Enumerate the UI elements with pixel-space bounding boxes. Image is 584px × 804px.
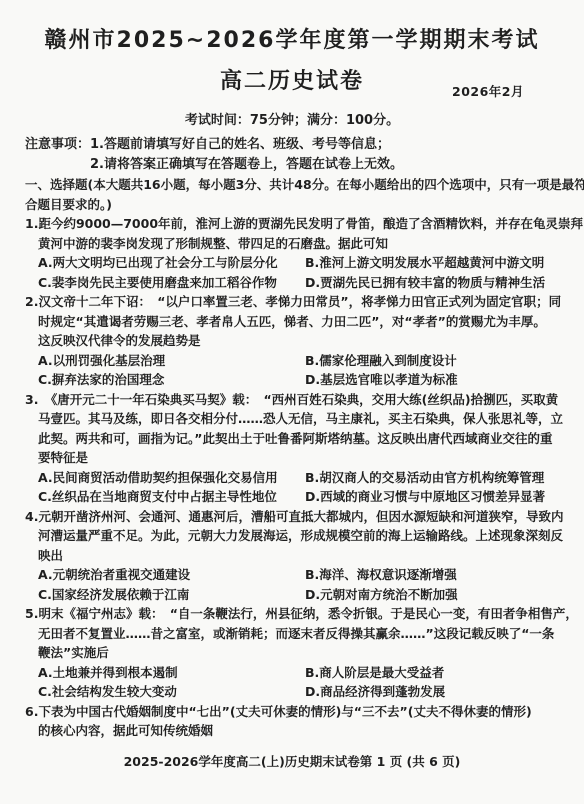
subtitle-row: 高二历史试卷 2026年2月 xyxy=(0,67,584,98)
question-5-line-3: 鞭法”实施后 xyxy=(38,643,576,663)
paper-subtitle: 高二历史试卷 xyxy=(220,67,364,97)
question-4-line-1: 4.元朝开凿济州河、会通河、通惠河后，漕船可直抵大都城内，但因水源短缺和河道狭窄… xyxy=(25,507,576,527)
exam-paper-page: 赣州市2025~2026学年度第一学期期末考试 高二历史试卷 2026年2月 考… xyxy=(0,0,584,804)
question-3-options-row: C.丝织品在当地商贸支付中占据主导性地位D.西域的商业习惯与中原地区习惯差异显著 xyxy=(25,487,576,507)
question-1-option-C: C.裴李岗先民主要使用磨盘来加工稻谷作物 xyxy=(38,275,277,290)
notice-line-1: 注意事项：1.答题前请填写好自己的姓名、班级、考号等信息； xyxy=(25,135,576,155)
question-4-options-row: C.国家经济发展依赖于江南D.元朝对南方统治不断加强 xyxy=(25,585,576,605)
section-heading-line-1: 一、选择题(本大题共16小题，每小题3分、共计48分。在每小题给出的四个选项中，… xyxy=(25,175,576,195)
question-2-option-C: C.摒弃法家的治国理念 xyxy=(38,372,164,387)
question-5-line-2: 无田者不复置业……昔之富室，或渐销耗；而逐末者反得操其赢余……”这段记载反映了“… xyxy=(38,624,576,644)
question-1-option-B: B.淮河上游文明发展水平超越黄河中游文明 xyxy=(305,253,544,273)
question-3-option-C: C.丝织品在当地商贸支付中占据主导性地位 xyxy=(38,489,277,504)
question-5-options-row: C.社会结构发生较大变动D.商品经济得到蓬勃发展 xyxy=(25,682,576,702)
question-4-line-3: 映出 xyxy=(38,546,576,566)
notice-line-2: 2.请将答案正确填写在答题卷上，答题在试卷上无效。 xyxy=(90,155,576,175)
question-2-line-1: 2.汉文帝十二年下诏： “以户口率置三老、孝悌力田常员”，将孝悌力田官正式列为固… xyxy=(25,292,576,312)
question-1-option-A: A.两大文明均已出现了社会分工与阶层分化 xyxy=(38,255,278,270)
question-4-line-2: 河漕运量严重不足。为此，元朝大力发展海运，形成规模空前的海上运输路线。上述现象深… xyxy=(38,526,576,546)
question-4-option-A: A.元朝统治者重视交通建设 xyxy=(38,567,190,582)
question-5-option-C: C.社会结构发生较大变动 xyxy=(38,684,177,699)
question-3-line-4: 要特征是 xyxy=(38,448,576,468)
question-3-option-A: A.民间商贸活动借助契约担保强化交易信用 xyxy=(38,470,278,485)
question-4-option-B: B.海洋、海权意识逐渐增强 xyxy=(305,565,457,585)
question-2-option-A: A.以刑罚强化基层治理 xyxy=(38,353,165,368)
question-3-options-row: A.民间商贸活动借助契约担保强化交易信用B.胡汉商人的交易活动由官方机构统筹管理 xyxy=(25,468,576,488)
question-3-option-D: D.西域的商业习惯与中原地区习惯差异显著 xyxy=(305,487,545,507)
question-1: 1.距今约9000—7000年前，淮河上游的贾湖先民发明了骨笛，酿造了含酒精饮料… xyxy=(25,214,576,292)
question-4-option-C: C.国家经济发展依赖于江南 xyxy=(38,587,189,602)
question-2: 2.汉文帝十二年下诏： “以户口率置三老、孝悌力田常员”，将孝悌力田官正式列为固… xyxy=(25,292,576,390)
exam-date: 2026年2月 xyxy=(452,77,524,107)
question-4: 4.元朝开凿济州河、会通河、通惠河后，漕船可直抵大都城内，但因水源短缺和河道狭窄… xyxy=(25,507,576,605)
question-2-option-D: D.基层选官唯以孝道为标准 xyxy=(305,370,458,390)
section-heading-line-2: 合题目要求的。) xyxy=(25,195,576,215)
question-1-line-2: 黄河中游的裴李岗发现了形制规整、带四足的石磨盘。据此可知 xyxy=(38,234,576,254)
question-5: 5.明末《福宁州志》载： “自一条鞭法行，州县征纳，悉令折银。于是民心一变，有田… xyxy=(25,604,576,702)
question-2-options-row: A.以刑罚强化基层治理B.儒家伦理融入到制度设计 xyxy=(25,351,576,371)
question-1-option-D: D.贾湖先民已拥有较丰富的物质与精神生活 xyxy=(305,273,545,293)
question-6: 6.下表为中国古代婚姻制度中“七出”(丈夫可休妻的情形)与“三不去”(丈夫不得休… xyxy=(25,702,576,741)
question-2-options-row: C.摒弃法家的治国理念D.基层选官唯以孝道为标准 xyxy=(25,370,576,390)
question-5-option-D: D.商品经济得到蓬勃发展 xyxy=(305,682,445,702)
question-3-line-2: 马壹匹。其马及练，即日各交相分付……恐人无信，马主康礼，买主石染典，保人张思礼等… xyxy=(38,409,576,429)
question-6-line-1: 6.下表为中国古代婚姻制度中“七出”(丈夫可休妻的情形)与“三不去”(丈夫不得休… xyxy=(25,702,576,722)
question-4-option-D: D.元朝对南方统治不断加强 xyxy=(305,585,458,605)
page-footer: 2025-2026学年度高二(上)历史期末试卷第 1 页 (共 6 页) xyxy=(0,754,584,770)
questions-container: 1.距今约9000—7000年前，淮河上游的贾湖先民发明了骨笛，酿造了含酒精饮料… xyxy=(25,214,576,741)
paper-body: 一、选择题(本大题共16小题，每小题3分、共计48分。在每小题给出的四个选项中，… xyxy=(25,175,576,741)
exam-title: 赣州市2025~2026学年度第一学期期末考试 xyxy=(0,26,584,56)
question-6-line-2: 的核心内容，据此可知传统婚姻 xyxy=(38,721,576,741)
question-3: 3. 《唐开元二十一年石染典买马契》载： “西州百姓石染典，交用大练(丝织品)拾… xyxy=(25,390,576,507)
exam-duration-score: 考试时间：75分钟；满分：100分。 xyxy=(0,113,584,129)
question-3-line-1: 3. 《唐开元二十一年石染典买马契》载： “西州百姓石染典，交用大练(丝织品)拾… xyxy=(25,390,576,410)
question-3-option-B: B.胡汉商人的交易活动由官方机构统筹管理 xyxy=(305,468,544,488)
question-5-options-row: A.土地兼并得到根本遏制B.商人阶层是最大受益者 xyxy=(25,663,576,683)
question-5-option-A: A.土地兼并得到根本遏制 xyxy=(38,665,178,680)
question-2-line-3: 这反映汉代律令的发展趋势是 xyxy=(38,331,576,351)
question-1-options-row: A.两大文明均已出现了社会分工与阶层分化B.淮河上游文明发展水平超越黄河中游文明 xyxy=(25,253,576,273)
question-1-options-row: C.裴李岗先民主要使用磨盘来加工稻谷作物D.贾湖先民已拥有较丰富的物质与精神生活 xyxy=(25,273,576,293)
question-2-option-B: B.儒家伦理融入到制度设计 xyxy=(305,351,457,371)
question-5-line-1: 5.明末《福宁州志》载： “自一条鞭法行，州县征纳，悉令折银。于是民心一变，有田… xyxy=(25,604,576,624)
question-3-line-3: 此契。两共和可，画指为记。”此契出土于吐鲁番阿斯塔纳墓。这反映出唐代西域商业交往… xyxy=(38,429,576,449)
question-4-options-row: A.元朝统治者重视交通建设B.海洋、海权意识逐渐增强 xyxy=(25,565,576,585)
question-5-option-B: B.商人阶层是最大受益者 xyxy=(305,663,444,683)
question-1-line-1: 1.距今约9000—7000年前，淮河上游的贾湖先民发明了骨笛，酿造了含酒精饮料… xyxy=(25,214,576,234)
question-2-line-2: 时规定“其遣谒者劳赐三老、孝者帛人五匹，悌者、力田二匹”，对“孝者”的赏赐尤为丰… xyxy=(38,312,576,332)
